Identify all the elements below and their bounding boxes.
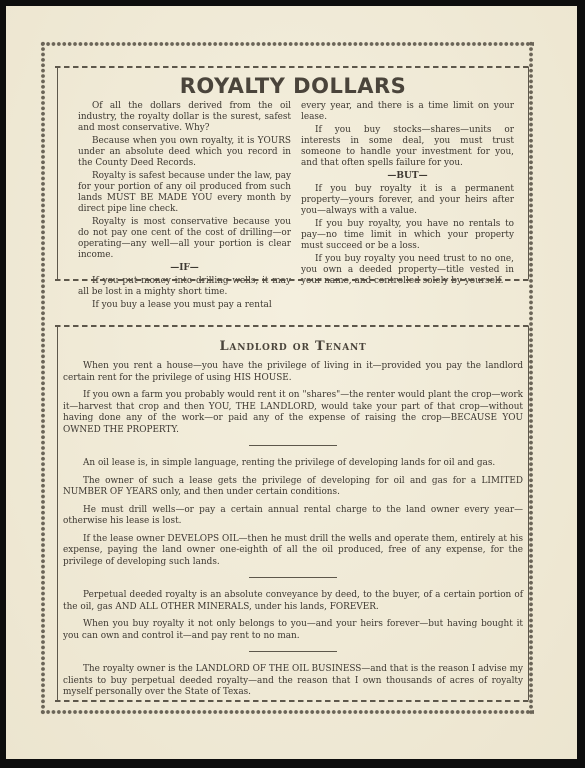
paragraph: The owner of such a lease gets the privi… [63, 476, 523, 499]
paragraph: If you buy stocks—shares—units or intere… [301, 125, 514, 169]
divider-rule [249, 651, 337, 652]
paragraph: Of all the dollars derived from the oil … [78, 101, 291, 134]
landlord-body-text: When you rent a house—you have the privi… [63, 361, 523, 705]
section-title-landlord-or-tenant: Landlord or Tenant [58, 339, 528, 354]
border-left [40, 41, 46, 715]
paragraph: If you buy a lease you must pay a rental [78, 300, 291, 311]
paragraph: Royalty is safest because under the law,… [78, 171, 291, 215]
divider-rule [249, 577, 337, 578]
paragraph: Because when you own royalty, it is YOUR… [78, 136, 291, 169]
border-top [40, 41, 534, 47]
section-break-heading: —IF— [78, 263, 291, 274]
paragraph: If the lease owner DEVELOPS OIL—then he … [63, 534, 523, 569]
paragraph: If you buy royalty, you have no rentals … [301, 219, 514, 252]
royalty-dollars-box: ROYALTY DOLLARS Of all the dollars deriv… [57, 67, 529, 279]
paragraph: every year, and there is a time limit on… [301, 101, 514, 123]
border-bottom [40, 709, 534, 715]
paragraph: When you buy royalty it not only belongs… [63, 619, 523, 642]
two-column-text: Of all the dollars derived from the oil … [78, 101, 514, 313]
paragraph: The royalty owner is the LANDLORD OF THE… [63, 664, 523, 699]
section-title-royalty-dollars: ROYALTY DOLLARS [58, 74, 528, 98]
paragraph: If you own a farm you probably would ren… [63, 390, 523, 436]
right-column: every year, and there is a time limit on… [301, 101, 514, 313]
paragraph: An oil lease is, in simple language, ren… [63, 458, 523, 470]
paragraph: When you rent a house—you have the privi… [63, 361, 523, 384]
paragraph: If you buy royalty it is a permanent pro… [301, 184, 514, 217]
section-break-heading: —BUT— [301, 171, 514, 182]
left-column: Of all the dollars derived from the oil … [78, 101, 291, 313]
paragraph: Perpetual deeded royalty is an absolute … [63, 590, 523, 613]
paragraph: If you put money into drilling wells, it… [78, 276, 291, 298]
divider-rule [249, 445, 337, 446]
landlord-or-tenant-box: Landlord or Tenant When you rent a house… [57, 326, 529, 700]
paragraph: If you buy royalty you need trust to no … [301, 254, 514, 287]
paragraph: He must drill wells—or pay a certain ann… [63, 505, 523, 528]
paragraph: Royalty is most conservative because you… [78, 217, 291, 261]
